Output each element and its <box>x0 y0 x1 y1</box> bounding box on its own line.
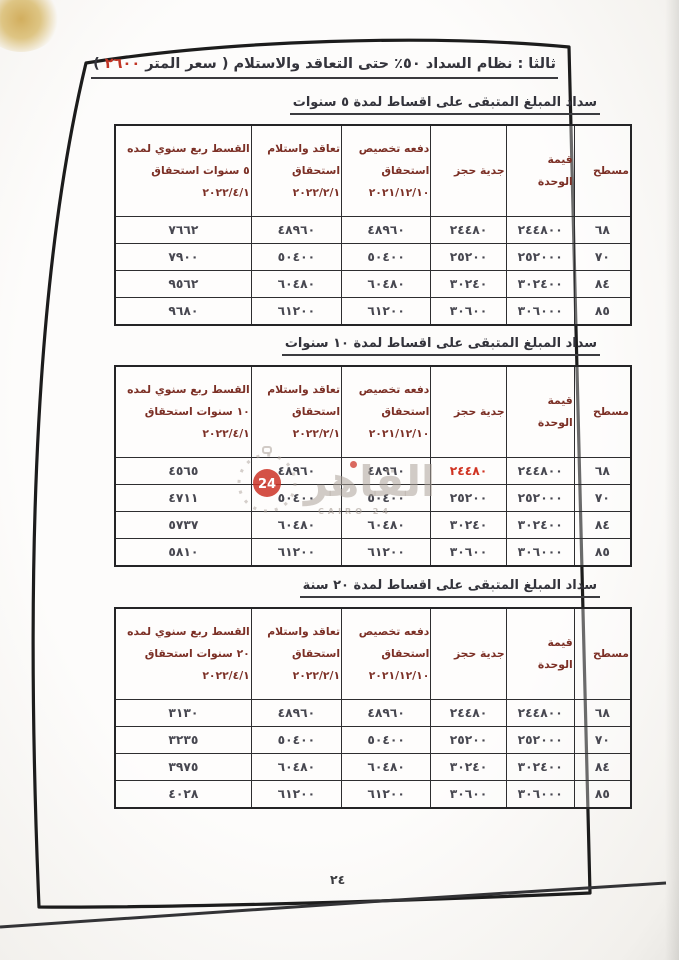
col-header-reservation-deposit: جدية حجز <box>431 608 506 700</box>
section-title: سداد المبلغ المتبقى على اقساط لمدة ٥ سنو… <box>290 95 600 115</box>
page-number: ٢٤ <box>330 872 345 887</box>
table-cell: ٦٠٤٨٠ <box>342 271 431 298</box>
table-cell: ٤٨٩٦٠ <box>251 217 341 244</box>
table-cell: ٣٠٢٤٠ <box>431 271 506 298</box>
table-cell: ٧٠ <box>574 485 631 512</box>
section-title: سداد المبلغ المتبقى على اقساط لمدة ١٠ سن… <box>282 336 600 356</box>
section-title: سداد المبلغ المتبقى على اقساط لمدة ٢٠ سن… <box>300 578 600 598</box>
table-cell: ٥٠٤٠٠ <box>251 727 341 754</box>
table-cell: ٦١٢٠٠ <box>342 298 431 326</box>
table-cell: ٢٥٢٠٠٠ <box>506 485 574 512</box>
table-cell: ٨٤ <box>574 754 631 781</box>
table-header: مسطح قيمة الوحدة جدية حجز دفعه تخصيص است… <box>115 608 631 700</box>
col-header-reservation-deposit: جدية حجز <box>431 366 506 458</box>
col-header-unit-value: قيمة الوحدة <box>506 608 574 700</box>
col-header-allocation-payment: دفعه تخصيص استحقاق ٢٠٢١/١٢/١٠ <box>342 125 431 217</box>
table-cell: ٢٤٤٨٠ <box>431 217 506 244</box>
col-header-area: مسطح <box>574 608 631 700</box>
table-row: ٦٨٢٤٤٨٠٠٢٤٤٨٠٤٨٩٦٠٤٨٩٦٠٧٦٦٢ <box>115 217 631 244</box>
table-cell: ٨٤ <box>574 271 631 298</box>
table-cell: ٨٥ <box>574 539 631 567</box>
table-body: ٦٨٢٤٤٨٠٠٢٤٤٨٠٤٨٩٦٠٤٨٩٦٠٧٦٦٢٧٠٢٥٢٠٠٠٢٥٢٠٠… <box>115 217 631 326</box>
table-row: ٧٠٢٥٢٠٠٠٢٥٢٠٠٥٠٤٠٠٥٠٤٠٠٣٢٣٥ <box>115 727 631 754</box>
table-cell: ٦١٢٠٠ <box>342 781 431 809</box>
table-cell: ٣٠٢٤٠ <box>431 754 506 781</box>
table-cell: ٤٨٩٦٠ <box>251 458 341 485</box>
table-cell: ٦١٢٠٠ <box>251 539 341 567</box>
table-cell: ٢٥٢٠٠ <box>431 727 506 754</box>
table-cell: ٤٨٩٦٠ <box>251 700 341 727</box>
table-cell: ٦٠٤٨٠ <box>251 754 341 781</box>
section-5-years: سداد المبلغ المتبقى على اقساط لمدة ٥ سنو… <box>114 91 632 326</box>
scanned-document-page: ثالثا : نظام السداد ٥٠٪ حتى التعاقد والا… <box>0 0 679 960</box>
table-row: ٨٥٣٠٦٠٠٠٣٠٦٠٠٦١٢٠٠٦١٢٠٠٩٦٨٠ <box>115 298 631 326</box>
col-header-unit-value: قيمة الوحدة <box>506 366 574 458</box>
table-row: ٦٨٢٤٤٨٠٠٢٤٤٨٠٤٨٩٦٠٤٨٩٦٠٤٥٦٥ <box>115 458 631 485</box>
book-page-edge-line <box>0 883 666 927</box>
table-cell: ٢٥٢٠٠ <box>431 244 506 271</box>
table-cell: ٧٠ <box>574 727 631 754</box>
table-cell: ٦٨ <box>574 700 631 727</box>
table-cell: ٢٤٤٨٠ <box>431 458 506 485</box>
table-cell: ٣٢٣٥ <box>115 727 251 754</box>
table-cell: ٦٨ <box>574 217 631 244</box>
col-header-contract-delivery: تعاقد واستلام استحقاق ٢٠٢٢/٢/١ <box>251 125 341 217</box>
col-header-area: مسطح <box>574 366 631 458</box>
table-cell: ٥٠٤٠٠ <box>251 244 341 271</box>
title-close-paren: ) <box>93 56 105 72</box>
table-header: مسطح قيمة الوحدة جدية حجز دفعه تخصيص است… <box>115 125 631 217</box>
installments-table-5-years: مسطح قيمة الوحدة جدية حجز دفعه تخصيص است… <box>114 124 632 326</box>
table-cell: ٥٨١٠ <box>115 539 251 567</box>
table-cell: ٤٥٦٥ <box>115 458 251 485</box>
table-body: ٦٨٢٤٤٨٠٠٢٤٤٨٠٤٨٩٦٠٤٨٩٦٠٤٥٦٥٧٠٢٥٢٠٠٠٢٥٢٠٠… <box>115 458 631 567</box>
table-cell: ٣٠٦٠٠ <box>431 298 506 326</box>
col-header-allocation-payment: دفعه تخصيص استحقاق ٢٠٢١/١٢/١٠ <box>342 608 431 700</box>
installments-table-10-years: مسطح قيمة الوحدة جدية حجز دفعه تخصيص است… <box>114 365 632 567</box>
table-cell: ٦٠٤٨٠ <box>342 754 431 781</box>
table-cell: ٦٠٤٨٠ <box>251 512 341 539</box>
table-cell: ٣٠٦٠٠٠ <box>506 781 574 809</box>
col-header-unit-value: قيمة الوحدة <box>506 125 574 217</box>
photo-edge-shadow <box>665 0 679 960</box>
table-row: ٨٤٣٠٢٤٠٠٣٠٢٤٠٦٠٤٨٠٦٠٤٨٠٩٥٦٢ <box>115 271 631 298</box>
section-10-years: سداد المبلغ المتبقى على اقساط لمدة ١٠ سن… <box>114 332 632 567</box>
table-cell: ٨٤ <box>574 512 631 539</box>
table-cell: ٦٨ <box>574 458 631 485</box>
table-cell: ٥٠٤٠٠ <box>342 727 431 754</box>
table-row: ٨٥٣٠٦٠٠٠٣٠٦٠٠٦١٢٠٠٦١٢٠٠٤٠٢٨ <box>115 781 631 809</box>
table-cell: ٣٠٢٤٠ <box>431 512 506 539</box>
table-cell: ٣٠٦٠٠ <box>431 539 506 567</box>
table-cell: ٤٨٩٦٠ <box>342 458 431 485</box>
table-cell: ٧٦٦٢ <box>115 217 251 244</box>
table-cell: ٢٥٢٠٠ <box>431 485 506 512</box>
table-cell: ٢٥٢٠٠٠ <box>506 244 574 271</box>
table-cell: ٥٧٣٧ <box>115 512 251 539</box>
table-cell: ٩٦٨٠ <box>115 298 251 326</box>
col-header-contract-delivery: تعاقد واستلام استحقاق ٢٠٢٢/٢/١ <box>251 608 341 700</box>
table-cell: ٥٠٤٠٠ <box>342 485 431 512</box>
table-cell: ٦١٢٠٠ <box>251 781 341 809</box>
table-row: ٦٨٢٤٤٨٠٠٢٤٤٨٠٤٨٩٦٠٤٨٩٦٠٣١٣٠ <box>115 700 631 727</box>
table-cell: ٨٥ <box>574 298 631 326</box>
table-row: ٧٠٢٥٢٠٠٠٢٥٢٠٠٥٠٤٠٠٥٠٤٠٠٧٩٠٠ <box>115 244 631 271</box>
table-cell: ٣٠٦٠٠٠ <box>506 298 574 326</box>
table-cell: ٢٤٤٨٠٠ <box>506 458 574 485</box>
table-cell: ٧٠ <box>574 244 631 271</box>
table-cell: ٦٠٤٨٠ <box>342 512 431 539</box>
table-cell: ٣٠٦٠٠ <box>431 781 506 809</box>
table-cell: ٤٧١١ <box>115 485 251 512</box>
title-price-number: ٢٦٠٠ <box>105 56 140 72</box>
col-header-area: مسطح <box>574 125 631 217</box>
table-cell: ٣٠٢٤٠٠ <box>506 754 574 781</box>
document-title: ثالثا : نظام السداد ٥٠٪ حتى التعاقد والا… <box>91 56 558 79</box>
table-cell: ٦١٢٠٠ <box>251 298 341 326</box>
table-row: ٧٠٢٥٢٠٠٠٢٥٢٠٠٥٠٤٠٠٥٠٤٠٠٤٧١١ <box>115 485 631 512</box>
col-header-reservation-deposit: جدية حجز <box>431 125 506 217</box>
table-row: ٨٤٣٠٢٤٠٠٣٠٢٤٠٦٠٤٨٠٦٠٤٨٠٣٩٧٥ <box>115 754 631 781</box>
table-cell: ٣٠٦٠٠٠ <box>506 539 574 567</box>
table-cell: ٥٠٤٠٠ <box>251 485 341 512</box>
col-header-quarterly-installment: القسط ربع سنوي لمده ٢٠ سنوات استحقاق ٢٠٢… <box>115 608 251 700</box>
table-cell: ٢٤٤٨٠ <box>431 700 506 727</box>
title-text: ثالثا : نظام السداد ٥٠٪ حتى التعاقد والا… <box>140 56 556 72</box>
col-header-quarterly-installment: القسط ربع سنوي لمده ٥ سنوات استحقاق ٢٠٢٢… <box>115 125 251 217</box>
col-header-allocation-payment: دفعه تخصيص استحقاق ٢٠٢١/١٢/١٠ <box>342 366 431 458</box>
table-cell: ٤٠٢٨ <box>115 781 251 809</box>
table-cell: ٧٩٠٠ <box>115 244 251 271</box>
installments-table-20-years: مسطح قيمة الوحدة جدية حجز دفعه تخصيص است… <box>114 607 632 809</box>
table-cell: ٣٠٢٤٠٠ <box>506 512 574 539</box>
table-cell: ٩٥٦٢ <box>115 271 251 298</box>
header-row: مسطح قيمة الوحدة جدية حجز دفعه تخصيص است… <box>115 366 631 458</box>
table-cell: ٢٥٢٠٠٠ <box>506 727 574 754</box>
table-body: ٦٨٢٤٤٨٠٠٢٤٤٨٠٤٨٩٦٠٤٨٩٦٠٣١٣٠٧٠٢٥٢٠٠٠٢٥٢٠٠… <box>115 700 631 809</box>
section-20-years: سداد المبلغ المتبقى على اقساط لمدة ٢٠ سن… <box>114 574 632 809</box>
table-cell: ٥٠٤٠٠ <box>342 244 431 271</box>
table-cell: ٤٨٩٦٠ <box>342 217 431 244</box>
table-cell: ٤٨٩٦٠ <box>342 700 431 727</box>
table-cell: ٦٠٤٨٠ <box>251 271 341 298</box>
table-cell: ٢٤٤٨٠٠ <box>506 700 574 727</box>
table-row: ٨٤٣٠٢٤٠٠٣٠٢٤٠٦٠٤٨٠٦٠٤٨٠٥٧٣٧ <box>115 512 631 539</box>
header-row: مسطح قيمة الوحدة جدية حجز دفعه تخصيص است… <box>115 125 631 217</box>
table-cell: ٣٠٢٤٠٠ <box>506 271 574 298</box>
table-cell: ٣١٣٠ <box>115 700 251 727</box>
table-row: ٨٥٣٠٦٠٠٠٣٠٦٠٠٦١٢٠٠٦١٢٠٠٥٨١٠ <box>115 539 631 567</box>
table-cell: ٦١٢٠٠ <box>342 539 431 567</box>
table-header: مسطح قيمة الوحدة جدية حجز دفعه تخصيص است… <box>115 366 631 458</box>
col-header-quarterly-installment: القسط ربع سنوي لمده ١٠ سنوات استحقاق ٢٠٢… <box>115 366 251 458</box>
table-cell: ٢٤٤٨٠٠ <box>506 217 574 244</box>
scan-corner-artifact <box>0 0 60 52</box>
table-cell: ٨٥ <box>574 781 631 809</box>
header-row: مسطح قيمة الوحدة جدية حجز دفعه تخصيص است… <box>115 608 631 700</box>
table-cell: ٣٩٧٥ <box>115 754 251 781</box>
col-header-contract-delivery: تعاقد واستلام استحقاق ٢٠٢٢/٢/١ <box>251 366 341 458</box>
